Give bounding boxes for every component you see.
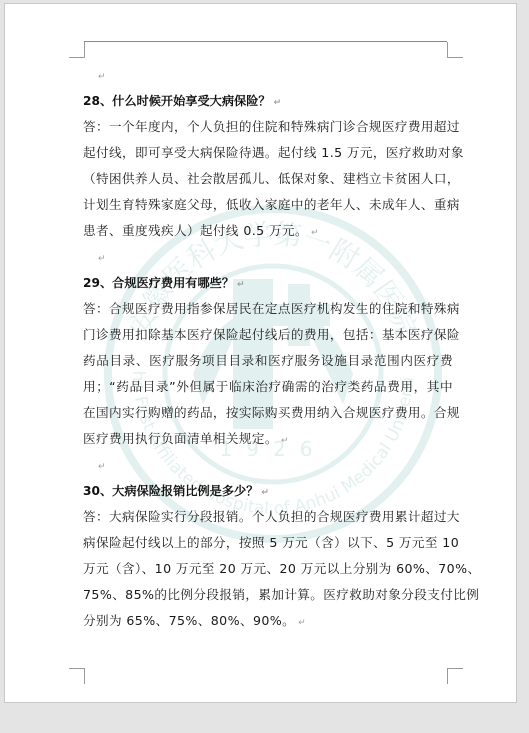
question-heading-29: 29、合规医疗费用有哪些？↵: [83, 270, 453, 296]
answer-line: 门诊费用扣除基本医疗保险起付线后的费用，包括：基本医疗保险: [83, 322, 453, 348]
document-body: ↵ 28、什么时候开始享受大病保险？↵ 答：一个年度内，个人负担的住院和特殊病门…: [83, 62, 453, 634]
answer-line: 在国内实行购赠的药品，按实际购买费用纳入合规医疗费用。合规: [83, 400, 453, 426]
answer-line: 用；“药品目录”外但属于临床治疗确需的治疗类药品费用，其中: [83, 374, 453, 400]
answer-line: 药品目录、医疗服务项目目录和医疗服务设施目录范围内医疗费: [83, 348, 453, 374]
answer-text: 患者、重度残疾人）起付线 0.5 万元。: [83, 223, 308, 238]
question-text: 29、合规医疗费用有哪些？: [83, 276, 234, 290]
paragraph-mark: ↵: [98, 254, 106, 264]
answer-line: 起付线，即可享受大病保险待遇。起付线 1.5 万元，医疗救助对象: [83, 140, 453, 166]
crop-mark-bottom-left: [69, 668, 85, 684]
paragraph-mark: ↵: [311, 228, 319, 238]
paragraph-mark: ↵: [237, 280, 245, 290]
answer-text: 分别为 65%、75%、80%、90%。: [83, 613, 295, 628]
answer-text: 医疗费用执行负面清单相关规定。: [83, 431, 278, 446]
empty-paragraph: ↵: [83, 62, 453, 88]
document-page: 安徽医科大学第一附属医院 The First Affiliated Hospit…: [4, 3, 517, 703]
empty-paragraph: ↵: [83, 244, 453, 270]
answer-line: （特困供养人员、社会散居孤儿、低保对象、建档立卡贫困人口，: [83, 166, 453, 192]
question-text: 28、什么时候开始享受大病保险？: [83, 94, 271, 108]
paragraph-mark: ↵: [298, 618, 306, 628]
question-text: 30、大病保险报销比例是多少？: [83, 484, 258, 498]
header-line: [84, 41, 447, 42]
paragraph-mark: ↵: [281, 436, 289, 446]
answer-line: 分别为 65%、75%、80%、90%。↵: [83, 608, 453, 634]
answer-line: 计划生育特殊家庭父母，低收入家庭中的老年人、未成年人、重病: [83, 192, 453, 218]
crop-mark-top-left: [69, 42, 85, 58]
question-heading-28: 28、什么时候开始享受大病保险？↵: [83, 88, 453, 114]
paragraph-mark: ↵: [98, 72, 106, 82]
answer-line: 万元（含）、10 万元至 20 万元、20 万元以上分别为 60%、70%、: [83, 556, 453, 582]
answer-line: 病保险起付线以上的部分，按照 5 万元（含）以下、5 万元至 10: [83, 530, 453, 556]
paragraph-mark: ↵: [261, 488, 269, 498]
crop-mark-bottom-right: [447, 668, 463, 684]
paragraph-mark: ↵: [98, 462, 106, 472]
answer-line: 答：大病保险实行分段报销。个人负担的合规医疗费用累计超过大: [83, 504, 453, 530]
question-heading-30: 30、大病保险报销比例是多少？↵: [83, 478, 453, 504]
paragraph-mark: ↵: [274, 98, 282, 108]
answer-line: 75%、85%的比例分段报销，累加计算。医疗救助对象分段支付比例: [83, 582, 453, 608]
crop-mark-top-right: [447, 42, 463, 58]
answer-line: 答：一个年度内，个人负担的住院和特殊病门诊合规医疗费用超过: [83, 114, 453, 140]
answer-line: 患者、重度残疾人）起付线 0.5 万元。↵: [83, 218, 453, 244]
answer-line: 答：合规医疗费用指参保居民在定点医疗机构发生的住院和特殊病: [83, 296, 453, 322]
answer-line: 医疗费用执行负面清单相关规定。↵: [83, 426, 453, 452]
empty-paragraph: ↵: [83, 452, 453, 478]
